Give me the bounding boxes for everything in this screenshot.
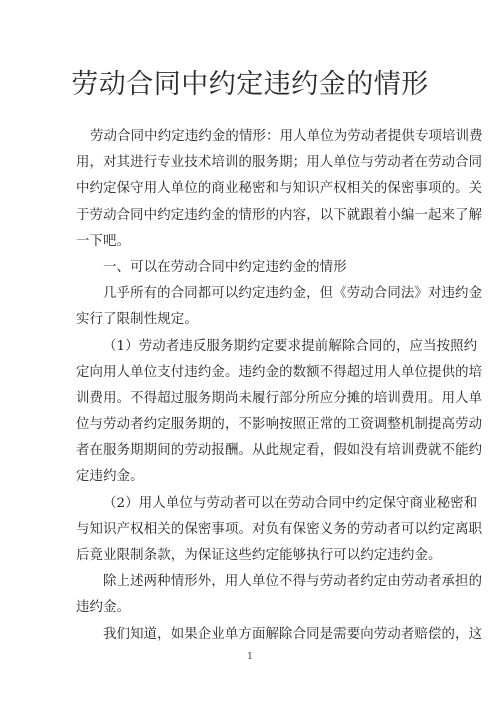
page-number: 1 [0, 652, 500, 662]
text-line: 后竟业限制条款，为保证这些约定能够执行可以约定违约金。 [76, 543, 432, 569]
text-line: 我们知道，如果企业单方面解除合同是需要向劳动者赔偿的，这 [76, 622, 432, 648]
text-line: 于劳动合同中约定违约金的情形的内容，以下就跟着小编一起来了解 [76, 203, 432, 229]
text-line: （1）劳动者违反服务期约定要求提前解除合同的，应当按照约 [76, 334, 432, 360]
text-line: 除上述两种情形外，用人单位不得与劳动者约定由劳动者承担的 [76, 569, 432, 595]
document-body: 劳动合同中约定违约金的情形：用人单位为劳动者提供专项培训费 用，对其进行专业技术… [76, 124, 432, 648]
text-line: （2）用人单位与劳动者可以在劳动合同中约定保守商业秘密和 [76, 491, 432, 517]
text-line: 训费用。不得超过服务期尚未履行部分所应分摊的培训费用。用人单 [76, 386, 432, 412]
text-line: 几乎所有的合同都可以约定违约金，但《劳动合同法》对违约金 [76, 281, 432, 307]
text-line: 中约定保守用人单位的商业秘密和与知识产权相关的保密事项的。关 [76, 176, 432, 202]
text-line: 实行了限制性规定。 [76, 307, 432, 333]
text-line: 用，对其进行专业技术培训的服务期；用人单位与劳动者在劳动合同 [76, 150, 432, 176]
text-line: 一下吧。 [76, 229, 432, 255]
text-line: 违约金。 [76, 595, 432, 621]
text-line: 者在服务期期间的劳动报酬。从此规定看，假如没有培训费就不能约 [76, 438, 432, 464]
text-line: 劳动合同中约定违约金的情形：用人单位为劳动者提供专项培训费 [76, 124, 432, 150]
section-heading: 一、可以在劳动合同中约定违约金的情形 [76, 255, 432, 281]
text-line: 定向用人单位支付违约金。违约金的数额不得超过用人单位提供的培 [76, 360, 432, 386]
text-line: 定违约金。 [76, 464, 432, 490]
document-title: 劳动合同中约定违约金的情形 [0, 62, 500, 101]
text-line: 与知识产权相关的保密事项。对负有保密义务的劳动者可以约定离职 [76, 517, 432, 543]
text-line: 位与劳动者约定服务期的，不影响按照正常的工资调整机制提高劳动 [76, 412, 432, 438]
